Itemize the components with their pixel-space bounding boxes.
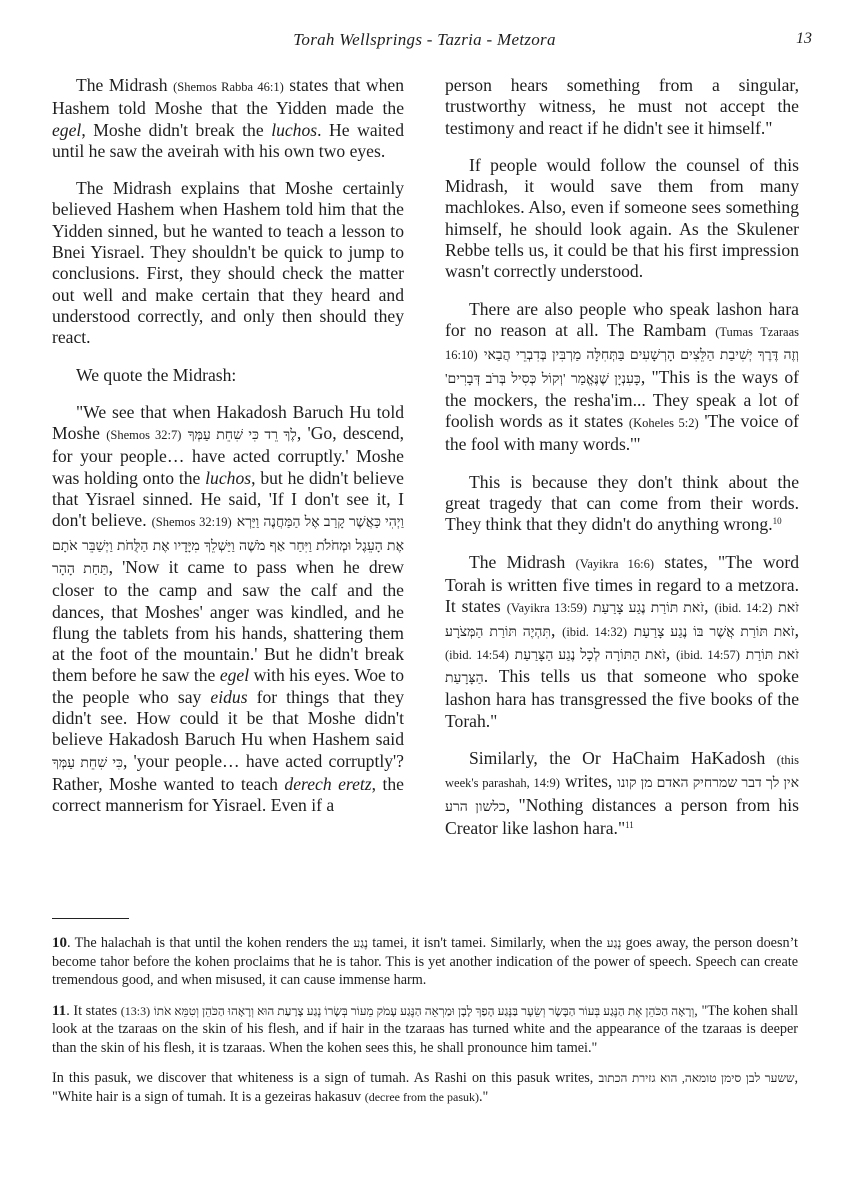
paragraph-quote-intro: We quote the Midrash: bbox=[52, 365, 404, 386]
hebrew-term: נֶגַע bbox=[607, 936, 622, 950]
paragraph-tragedy: This is because they don't think about t… bbox=[445, 472, 799, 536]
footnote-number: 10 bbox=[52, 935, 67, 951]
hebrew-quote: ששער לבן סימן טומאה, הוא גזירת הכתוב bbox=[598, 1071, 794, 1085]
source-citation: (ibid. 14:2) bbox=[714, 601, 772, 615]
italic-term: luchos bbox=[271, 120, 317, 140]
source-citation: (Shemos 32:7) bbox=[106, 428, 181, 442]
paragraph-five-times: The Midrash (Vayikra 16:6) states, "The … bbox=[445, 552, 799, 732]
footnote-ref-11[interactable]: 11 bbox=[625, 820, 634, 830]
source-citation: (ibid. 14:57) bbox=[676, 648, 740, 662]
hebrew-quote: כִּי שִׁחֵת עַמְּךָ bbox=[52, 756, 123, 771]
footnotes: 10. The halachah is that until the kohen… bbox=[52, 934, 798, 1118]
paragraph-midrash-explains: The Midrash explains that Moshe certainl… bbox=[52, 178, 404, 348]
italic-term: derech eretz bbox=[284, 774, 371, 794]
footnote-ref-10[interactable]: 10 bbox=[773, 516, 782, 526]
page-header: Torah Wellsprings - Tazria - Metzora 13 bbox=[0, 30, 849, 54]
right-column: person hears something from a singular, … bbox=[445, 75, 799, 855]
source-citation: (ibid. 14:32) bbox=[562, 625, 627, 639]
source-citation: (Shemos 32:19) bbox=[152, 515, 232, 529]
hebrew-quote: לֶךְ רֵד כִּי שִׁחֵת עַמְּךָ bbox=[188, 428, 297, 443]
footnote-10: 10. The halachah is that until the kohen… bbox=[52, 934, 798, 990]
italic-term: egel bbox=[52, 120, 81, 140]
source-citation: (Koheles 5:2) bbox=[629, 416, 699, 430]
footnote-11-continuation: In this pasuk, we discover that whitenes… bbox=[52, 1069, 798, 1106]
running-title: Torah Wellsprings - Tazria - Metzora bbox=[0, 30, 849, 50]
hebrew-term: נֶגַע bbox=[353, 936, 368, 950]
footnote-separator bbox=[52, 918, 129, 919]
source-citation: (13:3) bbox=[121, 1004, 150, 1018]
left-column: The Midrash (Shemos Rabba 46:1) states t… bbox=[52, 75, 404, 833]
paragraph-or-hachaim: Similarly, the Or HaChaim HaKadosh (this… bbox=[445, 748, 799, 839]
source-citation: (decree from the pasuk) bbox=[365, 1090, 479, 1104]
italic-term: eidus bbox=[210, 687, 247, 707]
hebrew-quote: זֹאת הַתּוֹרָה לְכָל נֶגַע הַצָּרַעַת bbox=[515, 648, 666, 663]
footnote-11: 11. It states (13:3) וְרָאָה הַכֹּהֵן אֶ… bbox=[52, 1002, 798, 1058]
paragraph-rambam: There are also people who speak lashon h… bbox=[445, 299, 799, 456]
hebrew-quote: וְרָאָה הַכֹּהֵן אֶת הַנֶּגַע בְּעוֹר הַ… bbox=[154, 1004, 695, 1018]
paragraph-counsel: If people would follow the counsel of th… bbox=[445, 155, 799, 283]
source-citation: (Vayikra 13:59) bbox=[507, 601, 587, 615]
page-number: 13 bbox=[796, 30, 812, 48]
source-citation: (ibid. 14:54) bbox=[445, 648, 509, 662]
hebrew-quote: זֹאת תּוֹרַת נֶגַע צָרַעַת bbox=[593, 601, 704, 616]
paragraph-continuation: person hears something from a singular, … bbox=[445, 75, 799, 139]
source-citation: (Shemos Rabba 46:1) bbox=[173, 80, 284, 94]
italic-term: egel bbox=[220, 665, 249, 685]
paragraph-midrash-quote: "We see that when Hakadosh Baruch Hu tol… bbox=[52, 402, 404, 817]
italic-term: luchos bbox=[205, 468, 251, 488]
source-citation: (Vayikra 16:6) bbox=[576, 557, 654, 571]
footnote-number: 11 bbox=[52, 1003, 66, 1019]
paragraph-midrash-intro: The Midrash (Shemos Rabba 46:1) states t… bbox=[52, 75, 404, 162]
hebrew-quote: זֹאת תּוֹרַת אֲשֶׁר בּוֹ נֶגַע צָרַעַת bbox=[634, 625, 795, 640]
